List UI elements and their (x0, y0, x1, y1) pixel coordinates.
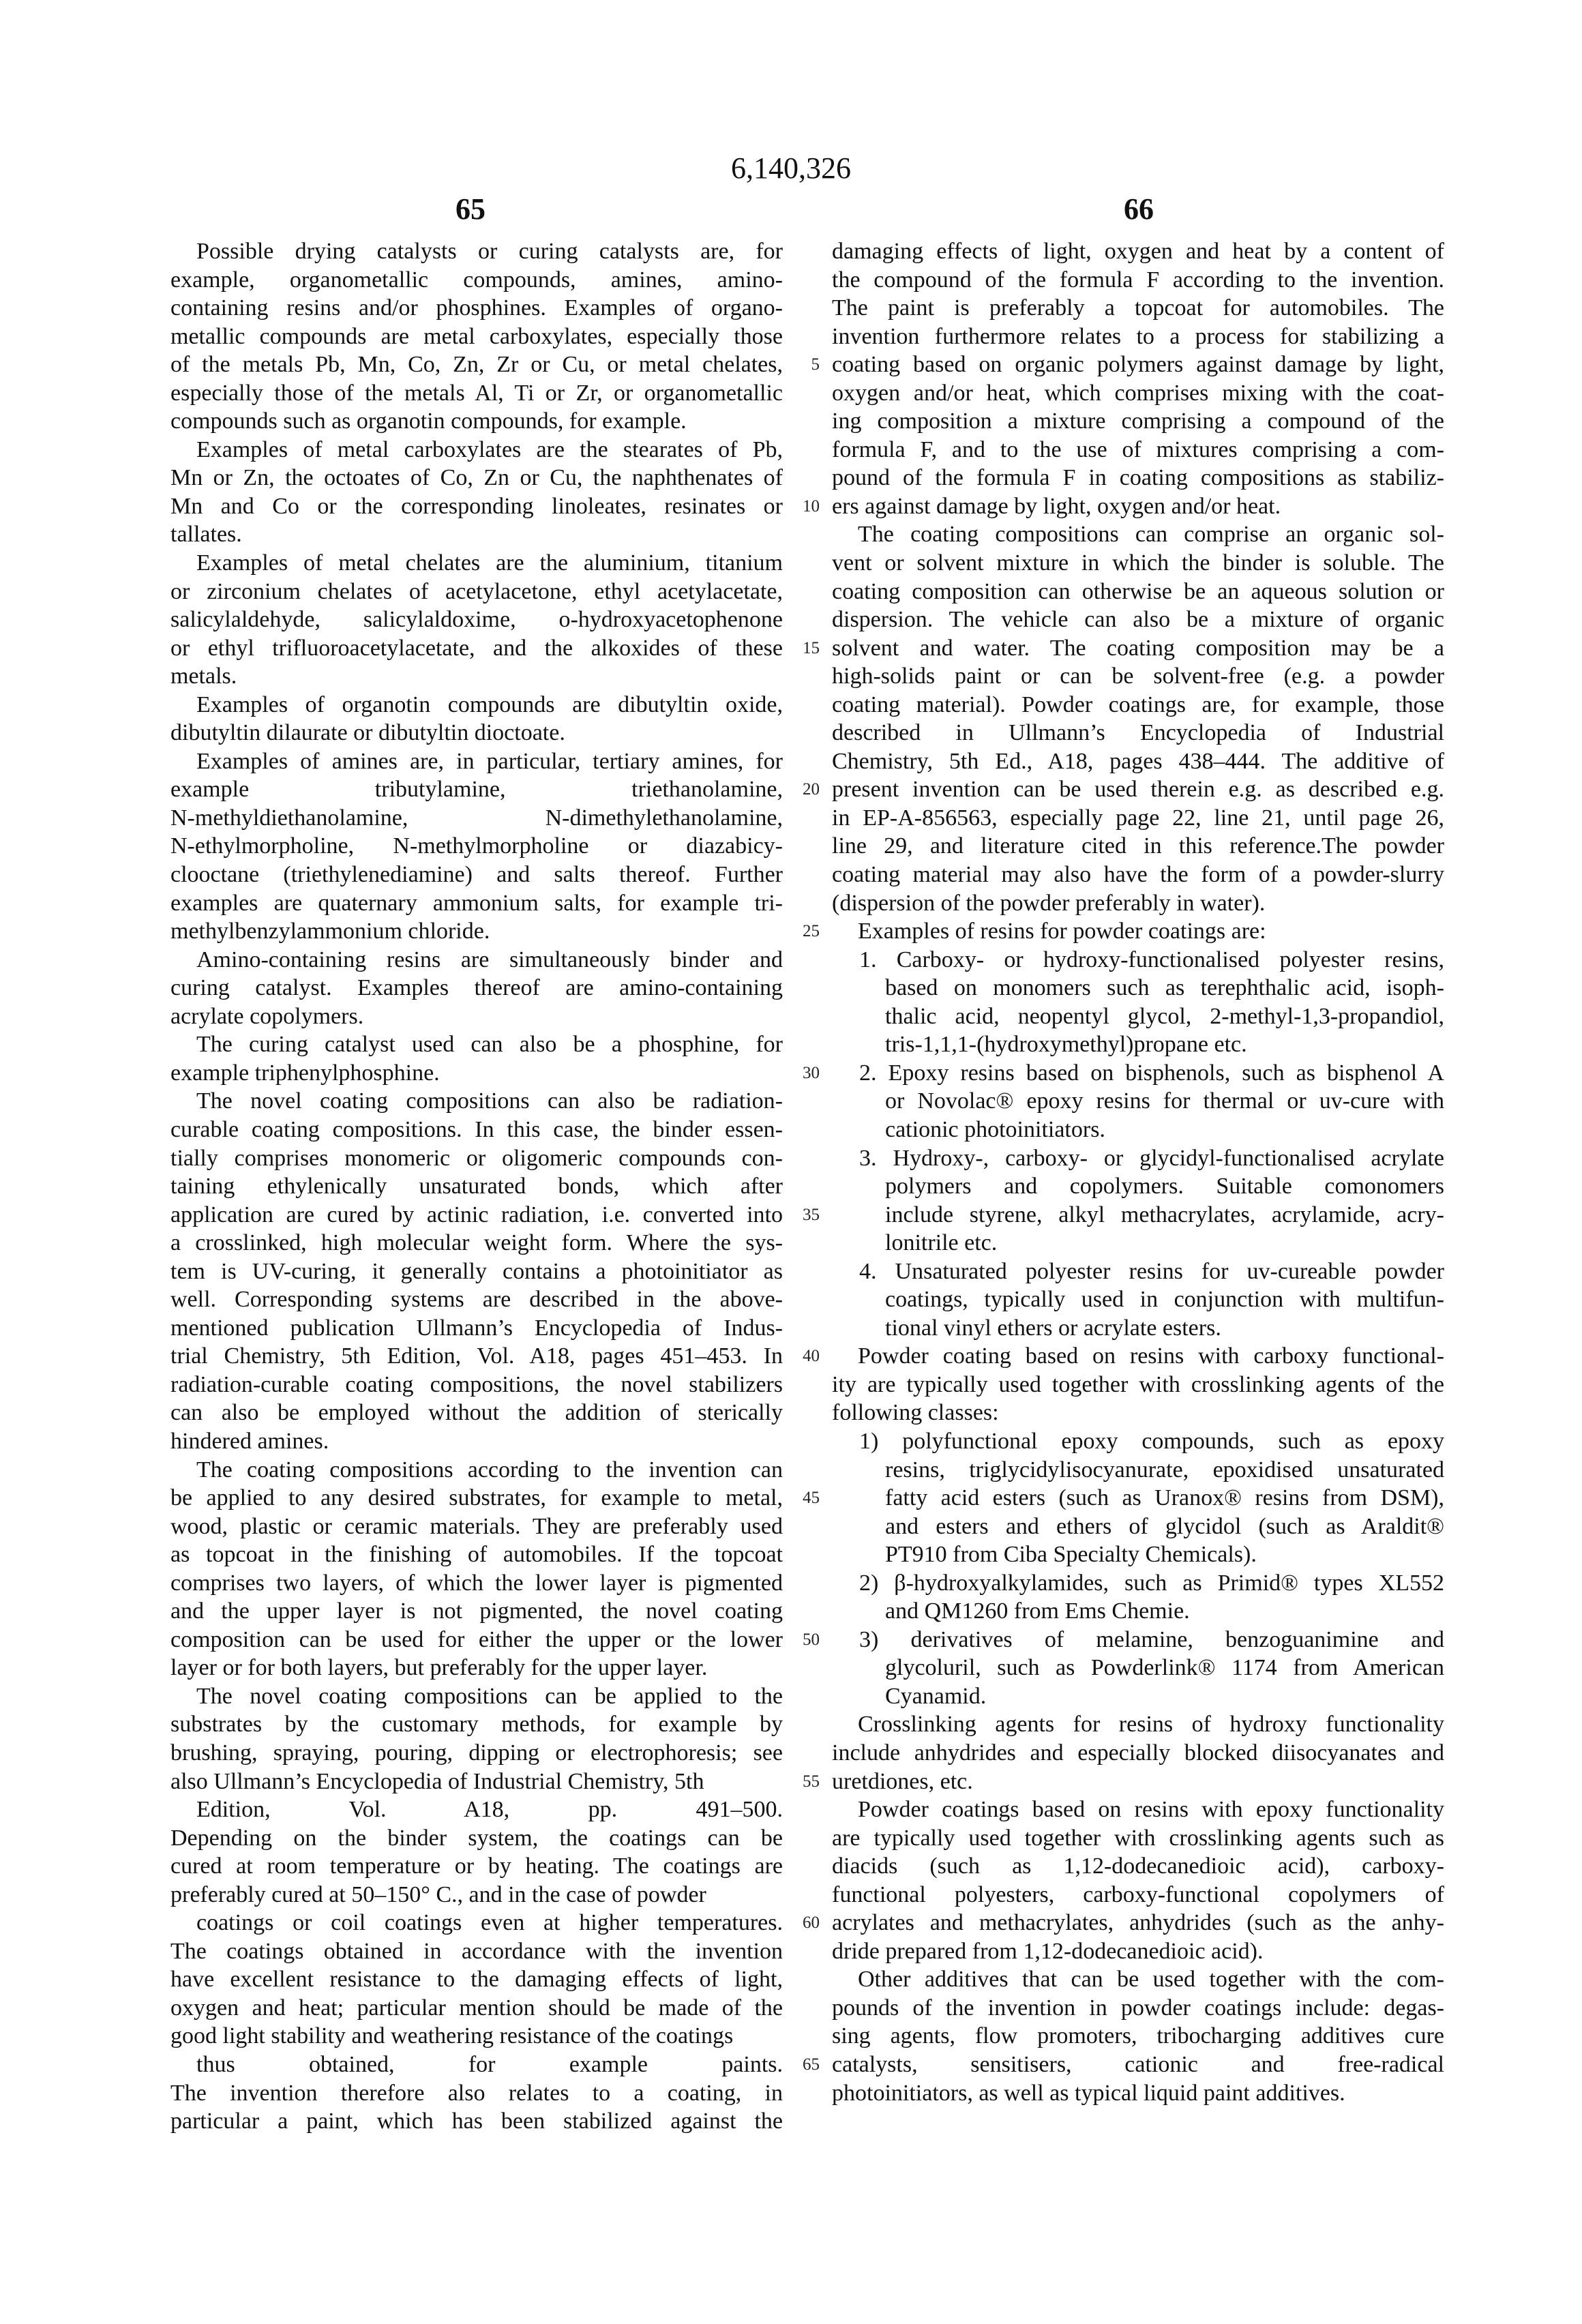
text-line: wood, plastic or ceramic materials. They… (170, 1513, 783, 1541)
text-line: or Novolac® epoxy resins for thermal or … (832, 1087, 1444, 1116)
text-line: resins, triglycidylisocyanurate, epoxidi… (832, 1456, 1444, 1485)
text-line: thalic acid, neopentyl glycol, 2-methyl-… (832, 1002, 1444, 1031)
text-line: Possible drying catalysts or curing cata… (170, 237, 783, 266)
text-line: Examples of metal carboxylates are the s… (170, 436, 783, 464)
text-line: The curing catalyst used can also be a p… (170, 1030, 783, 1059)
text-line: solvent and water. The coating compositi… (832, 634, 1444, 663)
text-line: include styrene, alkyl methacrylates, ac… (832, 1201, 1444, 1230)
line-number: 35 (798, 1201, 820, 1230)
text-line: 2. Epoxy resins based on bisphenols, suc… (832, 1059, 1444, 1088)
text-line: Examples of organotin compounds are dibu… (170, 691, 783, 719)
text-line: uretdiones, etc. (832, 1768, 1444, 1796)
text-line: are typically used together with crossli… (832, 1824, 1444, 1853)
text-line: methylbenzylammonium chloride. (170, 917, 783, 946)
text-line: cured at room temperature or by heating.… (170, 1852, 783, 1881)
text-line: invention furthermore relates to a proce… (832, 323, 1444, 351)
text-line: curable coating compositions. In this ca… (170, 1116, 783, 1144)
text-line: following classes: (832, 1399, 1444, 1427)
text-line: particular a paint, which has been stabi… (170, 2107, 783, 2136)
line-number: 30 (798, 1059, 820, 1088)
text-line: application are cured by actinic radiati… (170, 1201, 783, 1230)
column-number-left: 65 (402, 192, 539, 226)
text-line: or ethyl trifluoroacetylacetate, and the… (170, 634, 783, 663)
text-line: oxygen and heat; particular mention shou… (170, 1994, 783, 2023)
text-line: coatings, typically used in conjunction … (832, 1285, 1444, 1314)
text-line: Powder coatings based on resins with epo… (832, 1796, 1444, 1824)
text-line: a crosslinked, high molecular weight for… (170, 1229, 783, 1257)
text-line: (dispersion of the powder preferably in … (832, 889, 1444, 918)
text-line: salicylaldehyde, salicylaldoxime, o-hydr… (170, 606, 783, 634)
text-line: N-methyldiethanolamine, N-dimethylethano… (170, 804, 783, 833)
text-line: Edition, Vol. A18, pp. 491–500. (170, 1796, 783, 1824)
text-line: pound of the formula F in coating compos… (832, 464, 1444, 492)
right-column: damaging effects of light, oxygen and he… (832, 237, 1444, 2107)
text-line: coatings or coil coatings even at higher… (170, 1909, 783, 1937)
text-line: 3) derivatives of melamine, benzoguanimi… (832, 1626, 1444, 1654)
text-line: Powder coating based on resins with carb… (832, 1342, 1444, 1371)
text-line: sing agents, flow promoters, tribochargi… (832, 2022, 1444, 2051)
text-line: polymers and copolymers. Suitable comono… (832, 1172, 1444, 1201)
text-line: Examples of amines are, in particular, t… (170, 747, 783, 776)
text-line: dibutyltin dilaurate or dibutyltin dioct… (170, 719, 783, 747)
text-line: fatty acid esters (such as Uranox® resin… (832, 1484, 1444, 1513)
text-line: trial Chemistry, 5th Edition, Vol. A18, … (170, 1342, 783, 1371)
text-line: tially comprises monomeric or oligomeric… (170, 1144, 783, 1173)
text-line: Examples of resins for powder coatings a… (832, 917, 1444, 946)
text-line: or zirconium chelates of acetylacetone, … (170, 578, 783, 606)
text-line: mentioned publication Ullmann’s Encyclop… (170, 1314, 783, 1343)
text-line: glycoluril, such as Powderlink® 1174 fro… (832, 1654, 1444, 1682)
text-line: good light stability and weathering resi… (170, 2022, 783, 2051)
text-line: clooctane (triethylenediamine) and salts… (170, 861, 783, 889)
text-line: PT910 from Ciba Specialty Chemicals). (832, 1540, 1444, 1569)
text-line: as topcoat in the finishing of automobil… (170, 1540, 783, 1569)
text-line: and QM1260 from Ems Chemie. (832, 1597, 1444, 1626)
text-line: Amino-containing resins are simultaneous… (170, 946, 783, 974)
text-line: Other additives that can be used togethe… (832, 1965, 1444, 1994)
line-number: 45 (798, 1484, 820, 1513)
text-line: composition can be used for either the u… (170, 1626, 783, 1654)
text-line: The novel coating compositions can be ap… (170, 1682, 783, 1711)
text-line: tional vinyl ethers or acrylate esters. (832, 1314, 1444, 1343)
text-line: brushing, spraying, pouring, dipping or … (170, 1739, 783, 1768)
text-line: The novel coating compositions can also … (170, 1087, 783, 1116)
text-line: the compound of the formula F according … (832, 266, 1444, 295)
text-line: acrylates and methacrylates, anhydrides … (832, 1909, 1444, 1937)
text-line: hindered amines. (170, 1427, 783, 1456)
text-line: tem is UV-curing, it generally contains … (170, 1257, 783, 1286)
line-number: 65 (798, 2051, 820, 2079)
text-line: Depending on the binder system, the coat… (170, 1824, 783, 1853)
line-number: 15 (798, 634, 820, 663)
text-line: of the metals Pb, Mn, Co, Zn, Zr or Cu, … (170, 351, 783, 379)
text-line: examples are quaternary ammonium salts, … (170, 889, 783, 918)
text-line: high-solids paint or can be solvent-free… (832, 662, 1444, 691)
text-line: 1) polyfunctional epoxy compounds, such … (832, 1427, 1444, 1456)
text-line: functional polyesters, carboxy-functiona… (832, 1881, 1444, 1909)
text-line: tallates. (170, 520, 783, 549)
text-line: metallic compounds are metal carboxylate… (170, 323, 783, 351)
line-number: 50 (798, 1626, 820, 1654)
text-line: example triphenylphosphine. (170, 1059, 783, 1088)
text-line: Crosslinking agents for resins of hydrox… (832, 1710, 1444, 1739)
text-line: present invention can be used therein e.… (832, 775, 1444, 804)
line-number: 10 (798, 492, 820, 521)
text-line: Mn or Zn, the octoates of Co, Zn or Cu, … (170, 464, 783, 492)
text-line: tris-1,1,1-(hydroxymethyl)propane etc. (832, 1030, 1444, 1059)
text-line: radiation-curable coating compositions, … (170, 1371, 783, 1399)
text-line: include anhydrides and especially blocke… (832, 1739, 1444, 1768)
text-line: 2) β-hydroxyalkylamides, such as Primid®… (832, 1569, 1444, 1598)
text-line: well. Corresponding systems are describe… (170, 1285, 783, 1314)
text-line: lonitrile etc. (832, 1229, 1444, 1257)
text-line: 4. Unsaturated polyester resins for uv-c… (832, 1257, 1444, 1286)
text-line: ers against damage by light, oxygen and/… (832, 492, 1444, 521)
text-line: in EP-A-856563, especially page 22, line… (832, 804, 1444, 833)
text-line: The paint is preferably a topcoat for au… (832, 294, 1444, 323)
line-number: 20 (798, 775, 820, 804)
text-line: The coating compositions according to th… (170, 1456, 783, 1485)
text-line: The invention therefore also relates to … (170, 2079, 783, 2108)
text-line: Chemistry, 5th Ed., A18, pages 438–444. … (832, 747, 1444, 776)
text-line: can also be employed without the additio… (170, 1399, 783, 1427)
text-line: dride prepared from 1,12-dodecanedioic a… (832, 1937, 1444, 1966)
line-number: 60 (798, 1909, 820, 1937)
text-line: and the upper layer is not pigmented, th… (170, 1597, 783, 1626)
text-line: described in Ullmann’s Encyclopedia of I… (832, 719, 1444, 747)
text-line: substrates by the customary methods, for… (170, 1710, 783, 1739)
text-line: coating material may also have the form … (832, 861, 1444, 889)
text-line: ing composition a mixture comprising a c… (832, 407, 1444, 436)
text-line: coating composition can otherwise be an … (832, 578, 1444, 606)
line-number: 5 (798, 351, 820, 379)
text-line: dispersion. The vehicle can also be a mi… (832, 606, 1444, 634)
text-line: based on monomers such as terephthalic a… (832, 974, 1444, 1002)
text-line: comprises two layers, of which the lower… (170, 1569, 783, 1598)
text-line: cationic photoinitiators. (832, 1116, 1444, 1144)
text-line: acrylate copolymers. (170, 1002, 783, 1031)
text-line: Examples of metal chelates are the alumi… (170, 549, 783, 578)
text-line: oxygen and/or heat, which comprises mixi… (832, 379, 1444, 408)
text-line: vent or solvent mixture in which the bin… (832, 549, 1444, 578)
line-number: 25 (798, 917, 820, 946)
text-line: thus obtained, for example paints. (170, 2051, 783, 2079)
column-number-right: 66 (1071, 192, 1207, 226)
text-line: metals. (170, 662, 783, 691)
line-number: 55 (798, 1768, 820, 1796)
text-line: example tributylamine, triethanolamine, (170, 775, 783, 804)
text-line: especially those of the metals Al, Ti or… (170, 379, 783, 408)
text-line: Cyanamid. (832, 1682, 1444, 1711)
text-line: coating based on organic polymers agains… (832, 351, 1444, 379)
text-line: ity are typically used together with cro… (832, 1371, 1444, 1399)
text-line: photoinitiators, as well as typical liqu… (832, 2079, 1444, 2108)
text-line: pounds of the invention in powder coatin… (832, 1994, 1444, 2023)
text-line: example, organometallic compounds, amine… (170, 266, 783, 295)
left-column: Possible drying catalysts or curing cata… (170, 237, 783, 2136)
text-line: catalysts, sensitisers, cationic and fre… (832, 2051, 1444, 2079)
text-line: layer or for both layers, but preferably… (170, 1654, 783, 1682)
text-line: damaging effects of light, oxygen and he… (832, 237, 1444, 266)
text-line: 3. Hydroxy-, carboxy- or glycidyl-functi… (832, 1144, 1444, 1173)
text-line: Mn and Co or the corresponding linoleate… (170, 492, 783, 521)
text-line: taining ethylenically unsaturated bonds,… (170, 1172, 783, 1201)
text-line: preferably cured at 50–150° C., and in t… (170, 1881, 783, 1909)
text-line: coating material). Powder coatings are, … (832, 691, 1444, 719)
text-line: The coating compositions can comprise an… (832, 520, 1444, 549)
text-line: be applied to any desired substrates, fo… (170, 1484, 783, 1513)
text-line: compounds such as organotin compounds, f… (170, 407, 783, 436)
text-line: have excellent resistance to the damagin… (170, 1965, 783, 1994)
text-line: diacids (such as 1,12-dodecanedioic acid… (832, 1852, 1444, 1881)
text-line: The coatings obtained in accordance with… (170, 1937, 783, 1966)
text-line: containing resins and/or phosphines. Exa… (170, 294, 783, 323)
text-line: N-ethylmorpholine, N-methylmorpholine or… (170, 832, 783, 861)
line-number: 40 (798, 1342, 820, 1371)
text-line: also Ullmann’s Encyclopedia of Industria… (170, 1768, 783, 1796)
text-line: 1. Carboxy- or hydroxy-functionalised po… (832, 946, 1444, 974)
text-line: and esters and ethers of glycidol (such … (832, 1513, 1444, 1541)
text-line: formula F, and to the use of mixtures co… (832, 436, 1444, 464)
text-line: curing catalyst. Examples thereof are am… (170, 974, 783, 1002)
patent-number: 6,140,326 (0, 151, 1582, 185)
text-line: line 29, and literature cited in this re… (832, 832, 1444, 861)
